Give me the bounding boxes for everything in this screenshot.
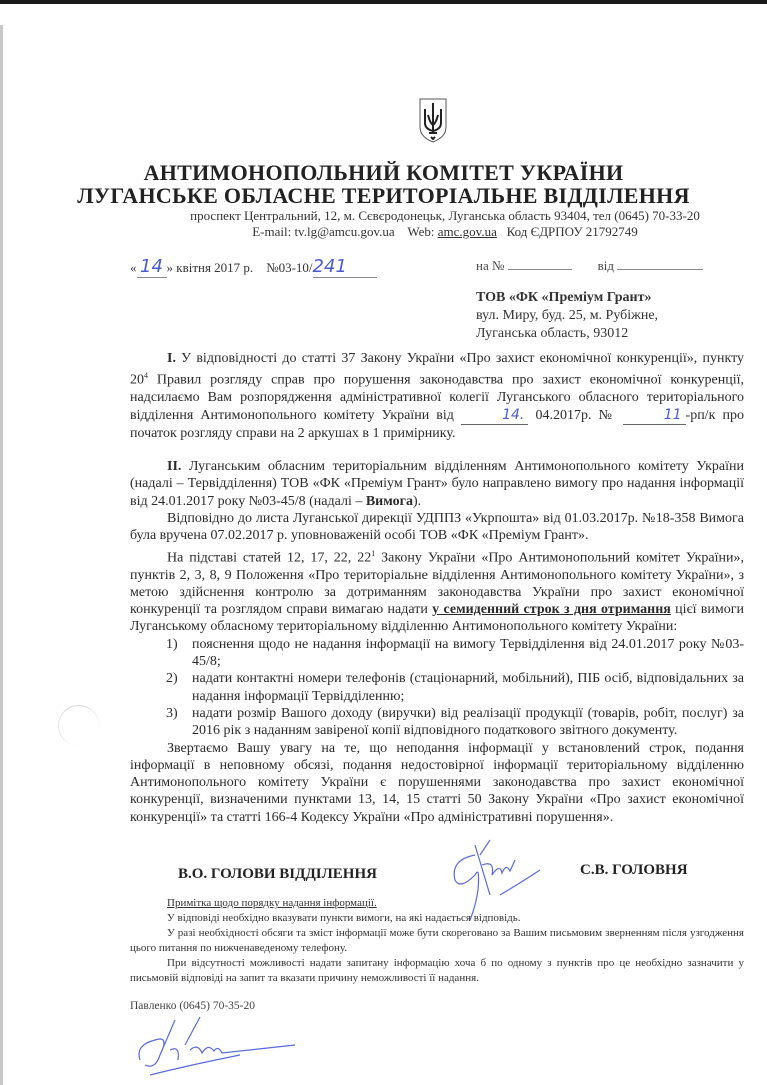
note-line: У відповіді необхідно вказувати пункти в… (130, 911, 744, 926)
outgoing-date-number: «14» квітня 2017 р. №03-10/241 (130, 256, 377, 278)
paragraph-gap (130, 442, 744, 458)
edrpou-code: Код ЄДРПОУ 21792749 (507, 224, 638, 239)
section-1-text-c: 04.2017р. № (528, 408, 622, 423)
section-1-numeral: І. (167, 351, 176, 366)
web-label: Web: (407, 224, 437, 239)
basis-text-a: На підставі статей 12, 17, 22, 22 (167, 550, 371, 565)
signatory-name: С.В. ГОЛОВНЯ (580, 862, 688, 879)
recipient-block: ТОВ «ФК «Преміум Грант» вул. Миру, буд. … (476, 289, 658, 343)
section-2-text-a: Луганським обласним територіальним відді… (130, 459, 744, 509)
recipient-region: Луганська область, 93012 (476, 325, 658, 343)
note-line: У разі необхідності обсяги та зміст інфо… (130, 926, 744, 956)
requirement-number: 3) (166, 705, 178, 722)
handwritten-order-number: 11 (623, 407, 686, 425)
reference-date-label: від (598, 258, 614, 273)
scan-top-edge (0, 0, 767, 4)
executor-signature-icon (130, 1015, 300, 1080)
org-address: проспект Центральний, 12, м. Сєвєродонец… (165, 208, 725, 224)
requirement-number: 1) (166, 636, 178, 653)
handwritten-number: 241 (313, 256, 377, 278)
letter-body: І. У відповідності до статті 37 Закону У… (130, 350, 744, 826)
reference-number-blank (508, 269, 572, 270)
requirement-number: 2) (166, 670, 178, 687)
date-month-year: квітня 2017 р. (173, 260, 253, 275)
note-block: Примітка щодо порядку надання інформації… (130, 896, 744, 986)
division-name: ЛУГАНСЬКЕ ОБЛАСНЕ ТЕРИТОРІАЛЬНЕ ВІДДІЛЕН… (0, 183, 767, 209)
email-label: E-mail: (252, 224, 294, 239)
paragraph-delivery: Відповідно до листа Луганської дирекції … (130, 510, 744, 545)
web-link[interactable]: amc.gov.ua (438, 224, 497, 239)
requirement-text: пояснення щодо не надання інформації на … (192, 637, 744, 669)
requirement-item: 1)пояснення щодо не надання інформації н… (130, 636, 744, 671)
number-prefix: №03-10/ (266, 260, 312, 275)
note-title: Примітка щодо порядку надання інформації… (167, 896, 744, 911)
paragraph-warning: Звертаємо Вашу увагу на те, що неподання… (130, 740, 744, 826)
requirement-text: надати контактні номери телефонів (стаці… (192, 671, 744, 703)
requirement-text: надати розмір Вашого доходу (виручки) ві… (192, 706, 744, 738)
section-2-text-b: ). (413, 494, 421, 509)
reference-line: на № від (476, 258, 703, 274)
recipient-name: ТОВ «ФК «Преміум Грант» (476, 289, 658, 307)
requirement-item: 3)надати розмір Вашого доходу (виручки) … (130, 705, 744, 740)
note-line: При відсутності можливості надати запита… (130, 956, 744, 986)
paragraph-basis: На підставі статей 12, 17, 22, 221 Закон… (130, 545, 744, 636)
signatory-title: В.О. ГОЛОВИ ВІДДІЛЕННЯ (178, 866, 377, 883)
recipient-street: вул. Миру, буд. 25, м. Рубіжне, (476, 307, 658, 325)
punch-hole-shadow (58, 705, 99, 746)
section-2-numeral: ІІ. (167, 459, 181, 474)
reference-date-blank (617, 269, 703, 270)
org-contacts: E-mail: tv.lg@amcu.gov.ua Web: amc.gov.u… (165, 224, 725, 240)
section-1: І. У відповідності до статті 37 Закону У… (130, 350, 744, 442)
executor-contact: Павленко (0645) 70-35-20 (130, 1000, 255, 1012)
email-link[interactable]: tv.lg@amcu.gov.ua (294, 224, 394, 239)
section-2-bold-term: Вимога (366, 494, 413, 509)
deadline-emphasis: у семиденний строк з дня отримання (432, 602, 671, 617)
requirements-list: 1)пояснення щодо не надання інформації н… (130, 636, 744, 740)
handwritten-order-day: 14. (461, 407, 528, 425)
handwritten-day: 14 (137, 256, 167, 278)
coat-of-arms-icon (418, 97, 448, 143)
section-2: ІІ. Луганським обласним територіальним в… (130, 458, 744, 510)
reference-number-label: на № (476, 258, 504, 273)
requirement-item: 2)надати контактні номери телефонів (ста… (130, 670, 744, 705)
